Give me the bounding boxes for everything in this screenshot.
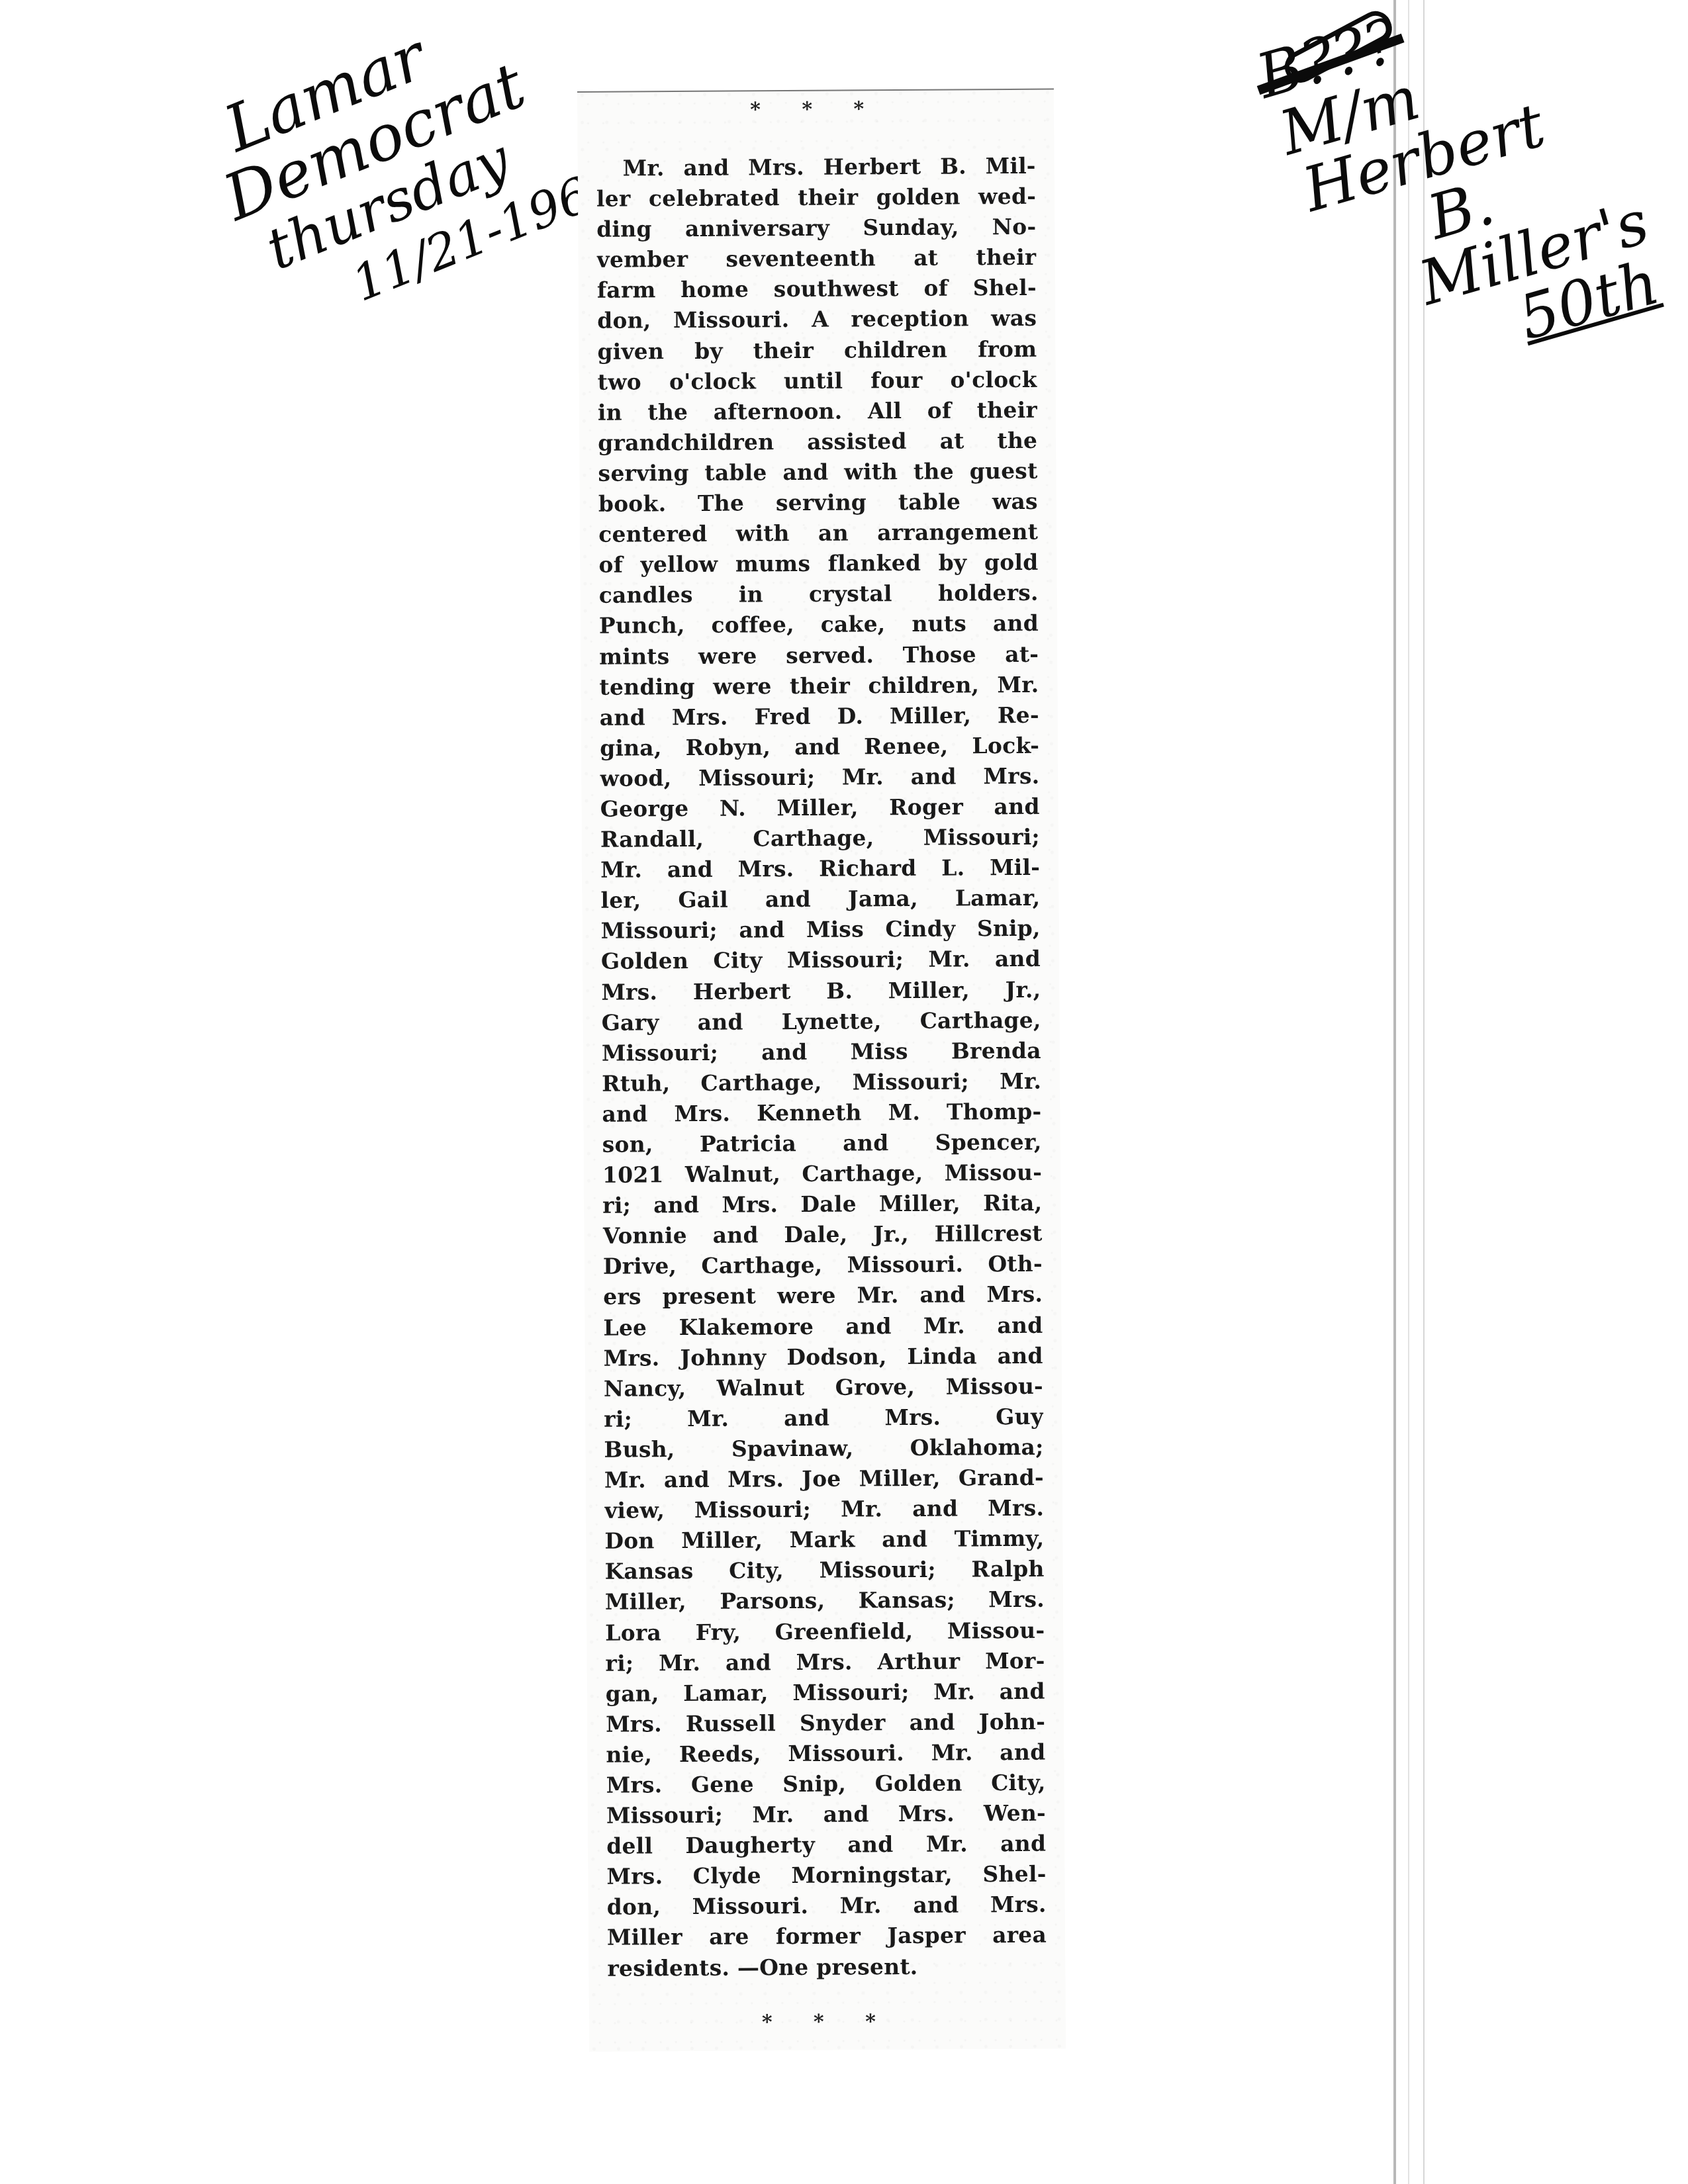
article-line: nie, Reeds, Missouri. Mr. and <box>606 1737 1045 1770</box>
article-line: ers present were Mr. and Mrs. <box>603 1279 1043 1312</box>
article-line: Golden City Missouri; Mr. and <box>601 944 1041 977</box>
article-line: candles in crystal holders. <box>599 578 1039 611</box>
article-line: Mrs. Johnny Dodson, Linda and <box>604 1340 1043 1373</box>
article-line: Drive, Carthage, Missouri. Oth- <box>603 1249 1043 1282</box>
article-line: Missouri; and Miss Cindy Snip, <box>601 913 1041 946</box>
article-line: Rtuh, Carthage, Missouri; Mr. <box>602 1066 1041 1099</box>
article-line: in the afternoon. All of their <box>598 395 1037 428</box>
article-line: Nancy, Walnut Grove, Missou- <box>604 1371 1043 1404</box>
article-line: of yellow mums flanked by gold <box>598 547 1038 580</box>
article-line: ler celebrated their golden wed- <box>596 181 1036 214</box>
article-line: Mrs. Russell Snyder and John- <box>606 1707 1045 1740</box>
article-line: Lee Klakemore and Mr. and <box>603 1310 1043 1343</box>
article-line: book. The serving table was <box>598 486 1038 520</box>
article-line: centered with an arrangement <box>598 517 1038 550</box>
article-line: gan, Lamar, Missouri; Mr. and <box>606 1676 1045 1709</box>
article-line: Gary and Lynette, Carthage, <box>601 1005 1041 1038</box>
article-line: Miller are former Jasper area <box>607 1920 1047 1953</box>
article-line: ri; Mr. and Mrs. Arthur Mor- <box>605 1645 1045 1678</box>
article-line: son, Patricia and Spencer, <box>602 1127 1042 1160</box>
article-line: dell Daugherty and Mr. and <box>606 1829 1046 1862</box>
article-line: Randall, Carthage, Missouri; <box>600 822 1040 855</box>
article-line: don, Missouri. Mr. and Mrs. <box>607 1889 1047 1923</box>
article-line: given by their children from <box>597 334 1037 367</box>
article-line: George N. Miller, Roger and <box>600 792 1039 825</box>
article-line: Don Miller, Mark and Timmy, <box>604 1524 1044 1557</box>
article-line: gina, Robyn, and Renee, Lock- <box>600 731 1039 764</box>
article-line: Mr. and Mrs. Richard L. Mil- <box>600 852 1040 886</box>
article-line: and Mrs. Kenneth M. Thomp- <box>602 1097 1041 1130</box>
article-line: wood, Missouri; Mr. and Mrs. <box>600 761 1039 794</box>
article-line: Vonnie and Dale, Jr., Hillcrest <box>602 1218 1042 1251</box>
scanned-page: Lamar Democrat thursday 11/21-1968 B??? … <box>0 0 1688 2184</box>
article-line: two o'clock until four o'clock <box>598 364 1037 397</box>
article-line: Mrs. Gene Snip, Golden City, <box>606 1768 1045 1801</box>
article-line: Mrs. Clyde Morningstar, Shel- <box>606 1859 1046 1892</box>
article-line: Mrs. Herbert B. Miller, Jr., <box>601 974 1041 1007</box>
article-line: Mr. and Mrs. Joe Miller, Grand- <box>604 1463 1044 1496</box>
handwritten-subject-note: B??? M/m Herbert B. Miller's 50th <box>1238 0 1671 404</box>
article-line: farm home southwest of Shel- <box>597 273 1037 306</box>
article-line: serving table and with the guest <box>598 456 1037 489</box>
article-line: view, Missouri; Mr. and Mrs. <box>604 1493 1044 1526</box>
separator-asterisks-bottom: * * * <box>589 2007 1066 2036</box>
article-line: ding anniversary Sunday, No- <box>596 212 1036 245</box>
article-line: Mr. and Mrs. Herbert B. Mil- <box>596 151 1036 184</box>
article-line: 1021 Walnut, Carthage, Missou- <box>602 1158 1042 1191</box>
article-line: Missouri; and Miss Brenda <box>602 1035 1041 1068</box>
article-line: ler, Gail and Jama, Lamar, <box>600 883 1040 916</box>
separator-asterisks-top: * * * <box>577 95 1054 124</box>
newspaper-clipping: * * * Mr. and Mrs. Herbert B. Mil-ler ce… <box>577 89 1066 2052</box>
article-line: Miller, Parsons, Kansas; Mrs. <box>605 1584 1045 1617</box>
article-line: and Mrs. Fred D. Miller, Re- <box>600 700 1039 733</box>
article-line: Bush, Spavinaw, Oklahoma; <box>604 1432 1043 1465</box>
article-line: ri; and Mrs. Dale Miller, Rita, <box>602 1188 1042 1221</box>
article-line: residents. —One present. <box>607 1950 1047 1983</box>
article-line: tending were their children, Mr. <box>599 669 1039 702</box>
article-line: don, Missouri. A reception was <box>597 303 1037 336</box>
article-line: Kansas City, Missouri; Ralph <box>605 1554 1045 1587</box>
handwritten-source-note: Lamar Democrat thursday 11/21-1968 <box>192 0 629 348</box>
article-line: grandchildren assisted at the <box>598 426 1037 459</box>
article-line: Lora Fry, Greenfield, Missou- <box>605 1615 1045 1648</box>
article-line: Punch, coffee, cake, nuts and <box>599 608 1039 641</box>
article-line: mints were served. Those at- <box>599 639 1039 672</box>
article-line: vember seventeenth at their <box>596 242 1036 275</box>
article-line: ri; Mr. and Mrs. Guy <box>604 1402 1043 1435</box>
article-line: Missouri; Mr. and Mrs. Wen- <box>606 1798 1046 1831</box>
article-column: Mr. and Mrs. Herbert B. Mil-ler celebrat… <box>596 151 1047 1984</box>
